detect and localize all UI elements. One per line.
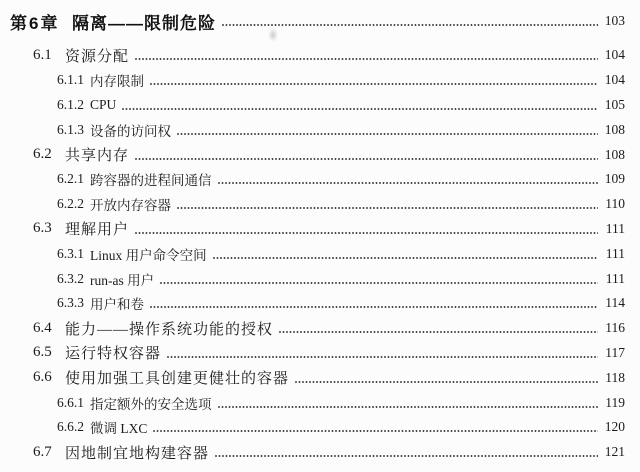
toc-entry: 6.1.3 设备的访问权 108 [10, 117, 625, 142]
toc-entry-number: 6.7 [33, 444, 65, 461]
toc-entry-page: 111 [601, 221, 625, 237]
dot-leader [160, 282, 598, 284]
dot-leader [150, 83, 598, 85]
toc-entry-number: 6.4 [33, 320, 65, 337]
toc-entry-title: 跨容器的进程间通信 [90, 169, 212, 189]
toc-entry-title: 能力——操作系统功能的授权 [65, 318, 273, 339]
toc-entry-number: 6.1.3 [57, 122, 90, 138]
toc-entry-number: 6.2.2 [57, 196, 90, 212]
toc-entry-page: 114 [601, 295, 625, 311]
toc-entry-number: 6.3.2 [57, 271, 90, 287]
toc-entry: 6.3.3 用户和卷 114 [10, 291, 625, 316]
toc-entry-title: 内存限制 [90, 70, 144, 90]
toc-entry: 6.3.1 Linux 用户命令空间 111 [10, 241, 625, 266]
dot-leader [218, 182, 599, 184]
toc-entry-title: 微调 LXC [90, 417, 147, 437]
toc-entry-number: 6.3 [33, 220, 65, 237]
toc-entry: 6.2 共享内存 108 [10, 142, 625, 167]
toc-entry-page: 119 [601, 395, 625, 411]
toc-entry-list: 6.1 资源分配 104 6.1.1 内存限制 104 6.1.2 CPU 10… [10, 43, 625, 465]
dot-leader [222, 24, 598, 26]
toc-chapter-row: 第6章 隔离——限制危险 103 [10, 6, 625, 36]
dot-leader [153, 430, 598, 432]
toc-entry: 6.7 因地制宜地构建容器 121 [10, 440, 625, 465]
toc-entry-title: 设备的访问权 [90, 120, 171, 140]
toc-entry-title: 开放内存容器 [90, 194, 171, 214]
chapter-page-number: 103 [601, 13, 625, 29]
book-toc-page: 第6章 隔离——限制危险 103 6.1 资源分配 104 6.1.1 内存限制… [0, 0, 640, 472]
toc-entry: 6.3 理解用户 111 [10, 217, 625, 242]
toc-entry-number: 6.6 [33, 369, 65, 386]
dot-leader [215, 455, 598, 457]
toc-entry-page: 104 [601, 47, 625, 63]
toc-entry-page: 116 [601, 320, 625, 336]
toc-entry: 6.1 资源分配 104 [10, 43, 625, 68]
chapter-title: 隔离——限制危险 [72, 9, 216, 34]
toc-entry-number: 6.6.2 [57, 419, 90, 435]
toc-entry-title: 理解用户 [65, 218, 129, 239]
toc-entry-number: 6.1 [33, 47, 65, 64]
toc-entry-page: 117 [601, 345, 625, 361]
toc-entry: 6.2.1 跨容器的进程间通信 109 [10, 167, 625, 192]
toc-entry-page: 108 [601, 147, 625, 163]
toc-entry-page: 110 [601, 196, 625, 212]
toc-entry-title: Linux 用户命令空间 [90, 244, 207, 264]
toc-entry: 6.3.2 run-as 用户 111 [10, 266, 625, 291]
toc-entry-page: 111 [601, 271, 625, 287]
dot-leader [135, 58, 598, 60]
toc-entry-title: 指定额外的安全选项 [90, 393, 212, 413]
dot-leader [135, 232, 598, 234]
dot-leader [167, 356, 598, 358]
toc-entry-page: 118 [601, 370, 625, 386]
toc-entry-page: 105 [601, 97, 625, 113]
toc-entry: 6.6 使用加强工具创建更健壮的容器 118 [10, 365, 625, 390]
toc-entry-title: run-as 用户 [90, 269, 154, 289]
toc-entry: 6.6.2 微调 LXC 120 [10, 415, 625, 440]
dot-leader [279, 331, 598, 333]
toc-entry: 6.4 能力——操作系统功能的授权 116 [10, 316, 625, 341]
toc-entry-page: 108 [601, 122, 625, 138]
toc-entry-number: 6.1.1 [57, 72, 90, 88]
toc-entry-title: 用户和卷 [90, 293, 144, 313]
toc-entry-number: 6.1.2 [57, 97, 90, 113]
toc-entry: 6.1.1 内存限制 104 [10, 68, 625, 93]
toc-entry-title: 运行特权容器 [65, 342, 161, 363]
dot-leader [122, 108, 598, 110]
toc-entry-number: 6.6.1 [57, 395, 90, 411]
toc-entry-page: 120 [601, 419, 625, 435]
toc-entry: 6.6.1 指定额外的安全选项 119 [10, 390, 625, 415]
toc-entry-title: 共享内存 [65, 144, 129, 165]
toc-entry-number: 6.2 [33, 146, 65, 163]
toc-entry-number: 6.3.3 [57, 295, 90, 311]
toc-entry-number: 6.5 [33, 344, 65, 361]
toc-entry: 6.2.2 开放内存容器 110 [10, 192, 625, 217]
toc-entry-page: 111 [601, 246, 625, 262]
toc-entry: 6.1.2 CPU 105 [10, 93, 625, 118]
toc-entry-title: CPU [90, 97, 116, 113]
toc-entry-title: 因地制宜地构建容器 [65, 442, 209, 463]
toc-entry-page: 121 [601, 444, 625, 460]
dot-leader [177, 133, 598, 135]
dot-leader [295, 381, 598, 383]
dot-leader [177, 207, 598, 209]
dot-leader [150, 306, 598, 308]
toc-entry-page: 104 [601, 72, 625, 88]
toc-entry-number: 6.2.1 [57, 171, 90, 187]
chapter-number-label: 第6章 [10, 9, 72, 34]
dot-leader [135, 158, 598, 160]
toc-entry-page: 109 [601, 171, 625, 187]
toc-entry-title: 资源分配 [65, 45, 129, 66]
dot-leader [218, 406, 599, 408]
dot-leader [213, 257, 598, 259]
toc-entry-title: 使用加强工具创建更健壮的容器 [65, 367, 289, 388]
toc-entry-number: 6.3.1 [57, 246, 90, 262]
toc-entry: 6.5 运行特权容器 117 [10, 341, 625, 366]
